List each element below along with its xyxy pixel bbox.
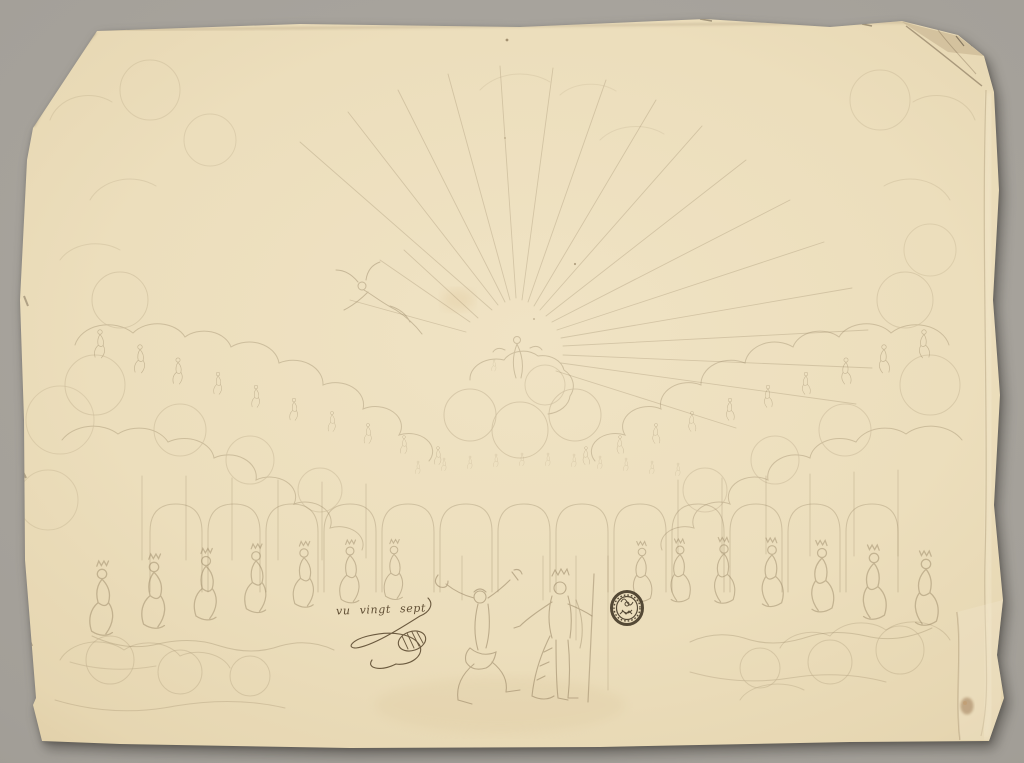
flying-figure <box>336 262 422 334</box>
sunburst-rays <box>300 66 872 428</box>
mount: vu vingt sept <box>0 0 1024 763</box>
kings-row-right <box>633 538 938 701</box>
paper-sheet: vu vingt sept <box>0 0 1024 763</box>
foxing-spots <box>375 39 625 733</box>
clouds-right <box>591 272 962 648</box>
drawing-layer <box>0 0 1024 763</box>
paper-shadow-wrap: vu vingt sept <box>0 0 1024 763</box>
glory-figure <box>444 337 601 459</box>
staff-line <box>588 574 594 702</box>
choir-frieze <box>416 453 681 476</box>
kings-row-left <box>55 540 403 711</box>
collector-stamp <box>612 592 643 625</box>
fold-crease <box>902 22 984 86</box>
